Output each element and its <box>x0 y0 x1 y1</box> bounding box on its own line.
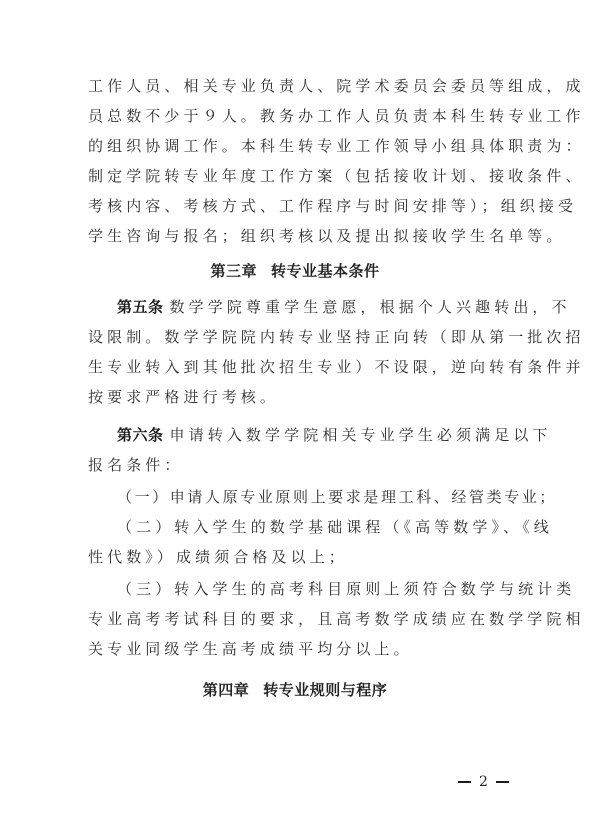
text-line: 考核内容、考核方式、工作程序与时间安排等）；组织接受 <box>88 195 500 217</box>
article-label: 第五条 <box>117 298 164 316</box>
text-line: 报名条件： <box>88 454 500 476</box>
text-line: 学生咨询与报名；组织考核以及提出拟接收学生名单等。 <box>88 225 500 247</box>
text-line: 关专业同级学生高考成绩平均分以上。 <box>88 638 500 660</box>
text-line: 制定学院转专业年度工作方案（包括接收计划、接收条件、 <box>88 165 500 187</box>
document-page: 工作人员、相关专业负责人、院学术委员会委员等组成，成 员总数不少于９人。教务办工… <box>0 0 590 831</box>
list-item-line: （一）申请人原专业原则上要求是理工科、经管类专业； <box>117 486 500 508</box>
list-item-line: （三）转入学生的高考科目原则上须符合数学与统计类 <box>117 578 500 600</box>
text-line: 性代数》）成绩须合格及以上； <box>88 546 500 568</box>
chapter-number: 第四章 <box>203 681 250 699</box>
text-line: 员总数不少于９人。教务办工作人员负责本科生转专业工作 <box>88 105 500 127</box>
article-text: 申请转入数学学院相关专业学生必须满足以下 <box>170 426 552 444</box>
chapter-heading: 第四章转专业规则与程序 <box>0 679 590 701</box>
text-line: 生专业转入到其他批次招生专业）不设限，逆向转有条件并 <box>88 356 500 378</box>
article-label: 第六条 <box>117 426 164 444</box>
article-first-line: 第五条数学学院尊重学生意愿，根据个人兴趣转出，不 <box>117 296 500 318</box>
page-number: 2 <box>479 774 488 790</box>
dash-left <box>458 781 471 783</box>
article-first-line: 第六条申请转入数学学院相关专业学生必须满足以下 <box>117 424 500 446</box>
text-line: 设限制。数学学院院内转专业坚持正向转（即从第一批次招 <box>88 326 500 348</box>
text-line: 专业高考考试科目的要求，且高考数学成绩应在数学学院相 <box>88 608 500 630</box>
dash-right <box>496 781 509 783</box>
chapter-number: 第三章 <box>210 262 257 280</box>
text-line: 的组织协调工作。本科生转专业工作领导小组具体职责为： <box>88 135 500 157</box>
text-line: 按要求严格进行考核。 <box>88 386 500 408</box>
text-line: 工作人员、相关专业负责人、院学术委员会委员等组成，成 <box>88 75 500 97</box>
article-text: 数学学院尊重学生意愿，根据个人兴趣转出，不 <box>170 298 571 316</box>
chapter-heading: 第三章转专业基本条件 <box>0 260 590 282</box>
chapter-title: 转专业规则与程序 <box>263 681 387 699</box>
chapter-title: 转专业基本条件 <box>271 262 380 280</box>
list-item-line: （二）转入学生的数学基础课程（《高等数学》、《线 <box>117 516 500 538</box>
page-number-footer: 2 <box>458 772 509 792</box>
